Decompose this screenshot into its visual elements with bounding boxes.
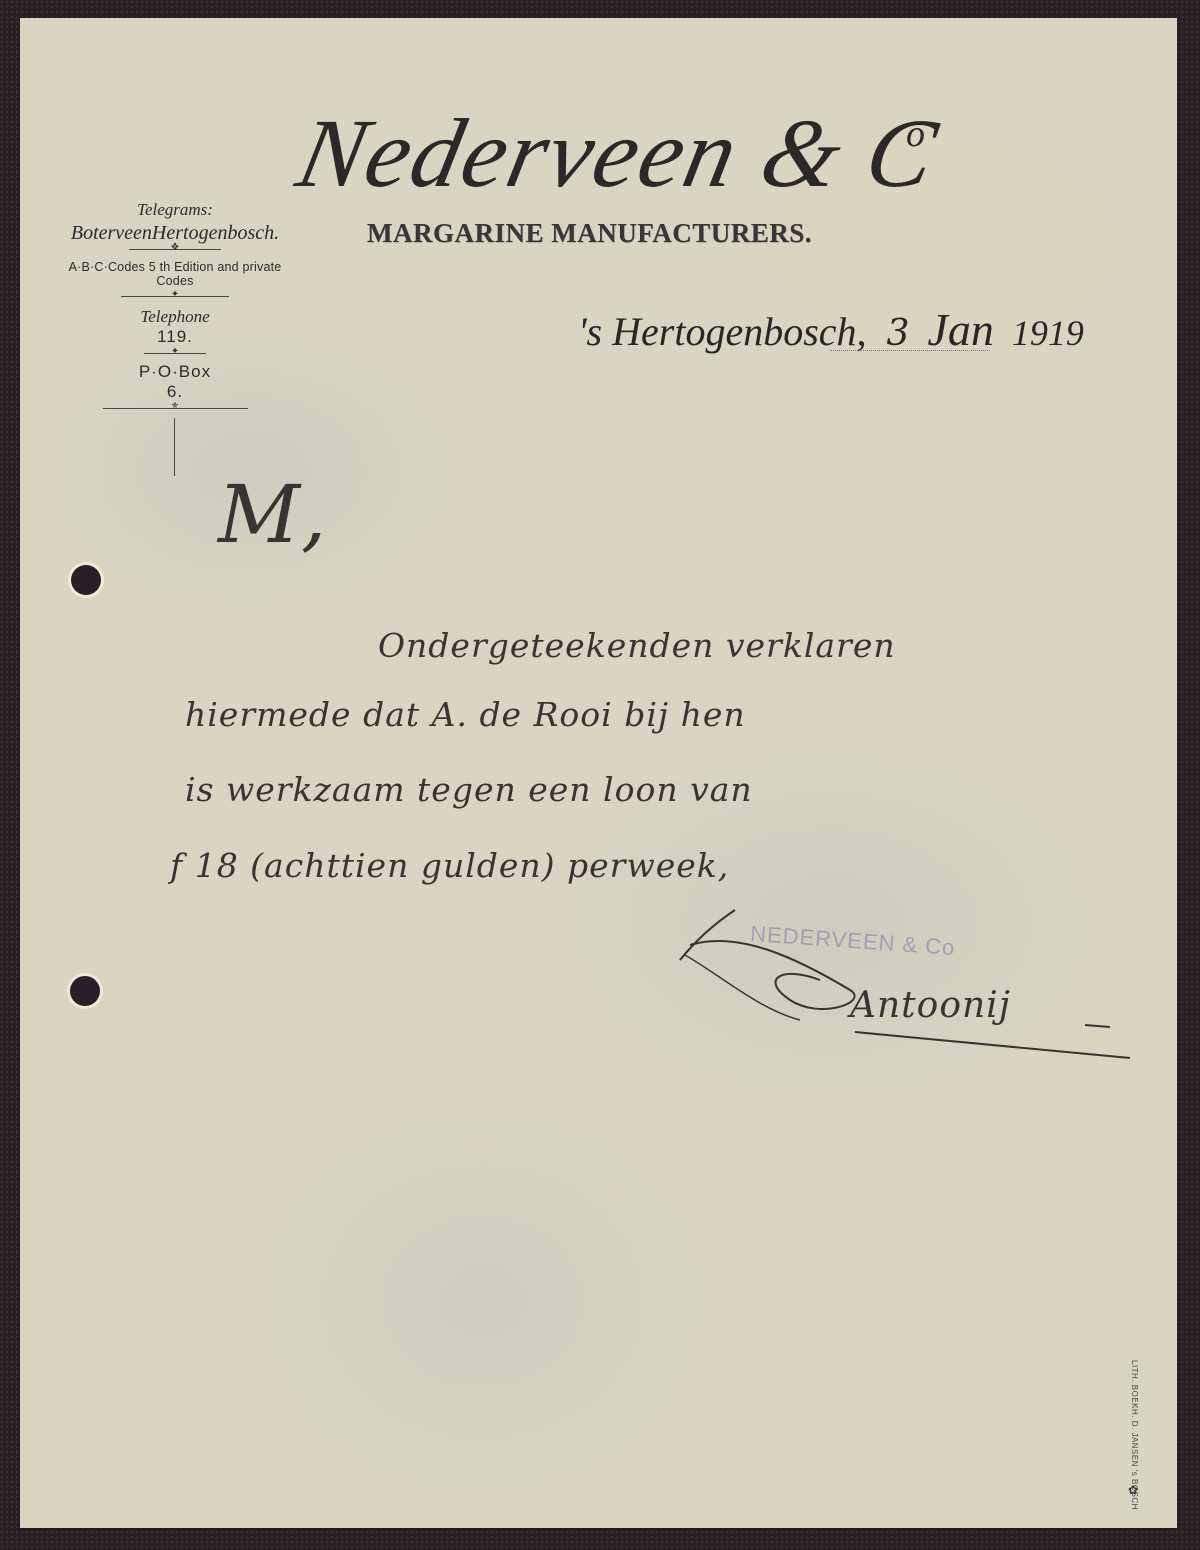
signature-flourish-icon [0,0,1200,1550]
signature: Antoonij [850,985,1011,1026]
printer-logo-icon: ✿ [1128,1483,1138,1497]
